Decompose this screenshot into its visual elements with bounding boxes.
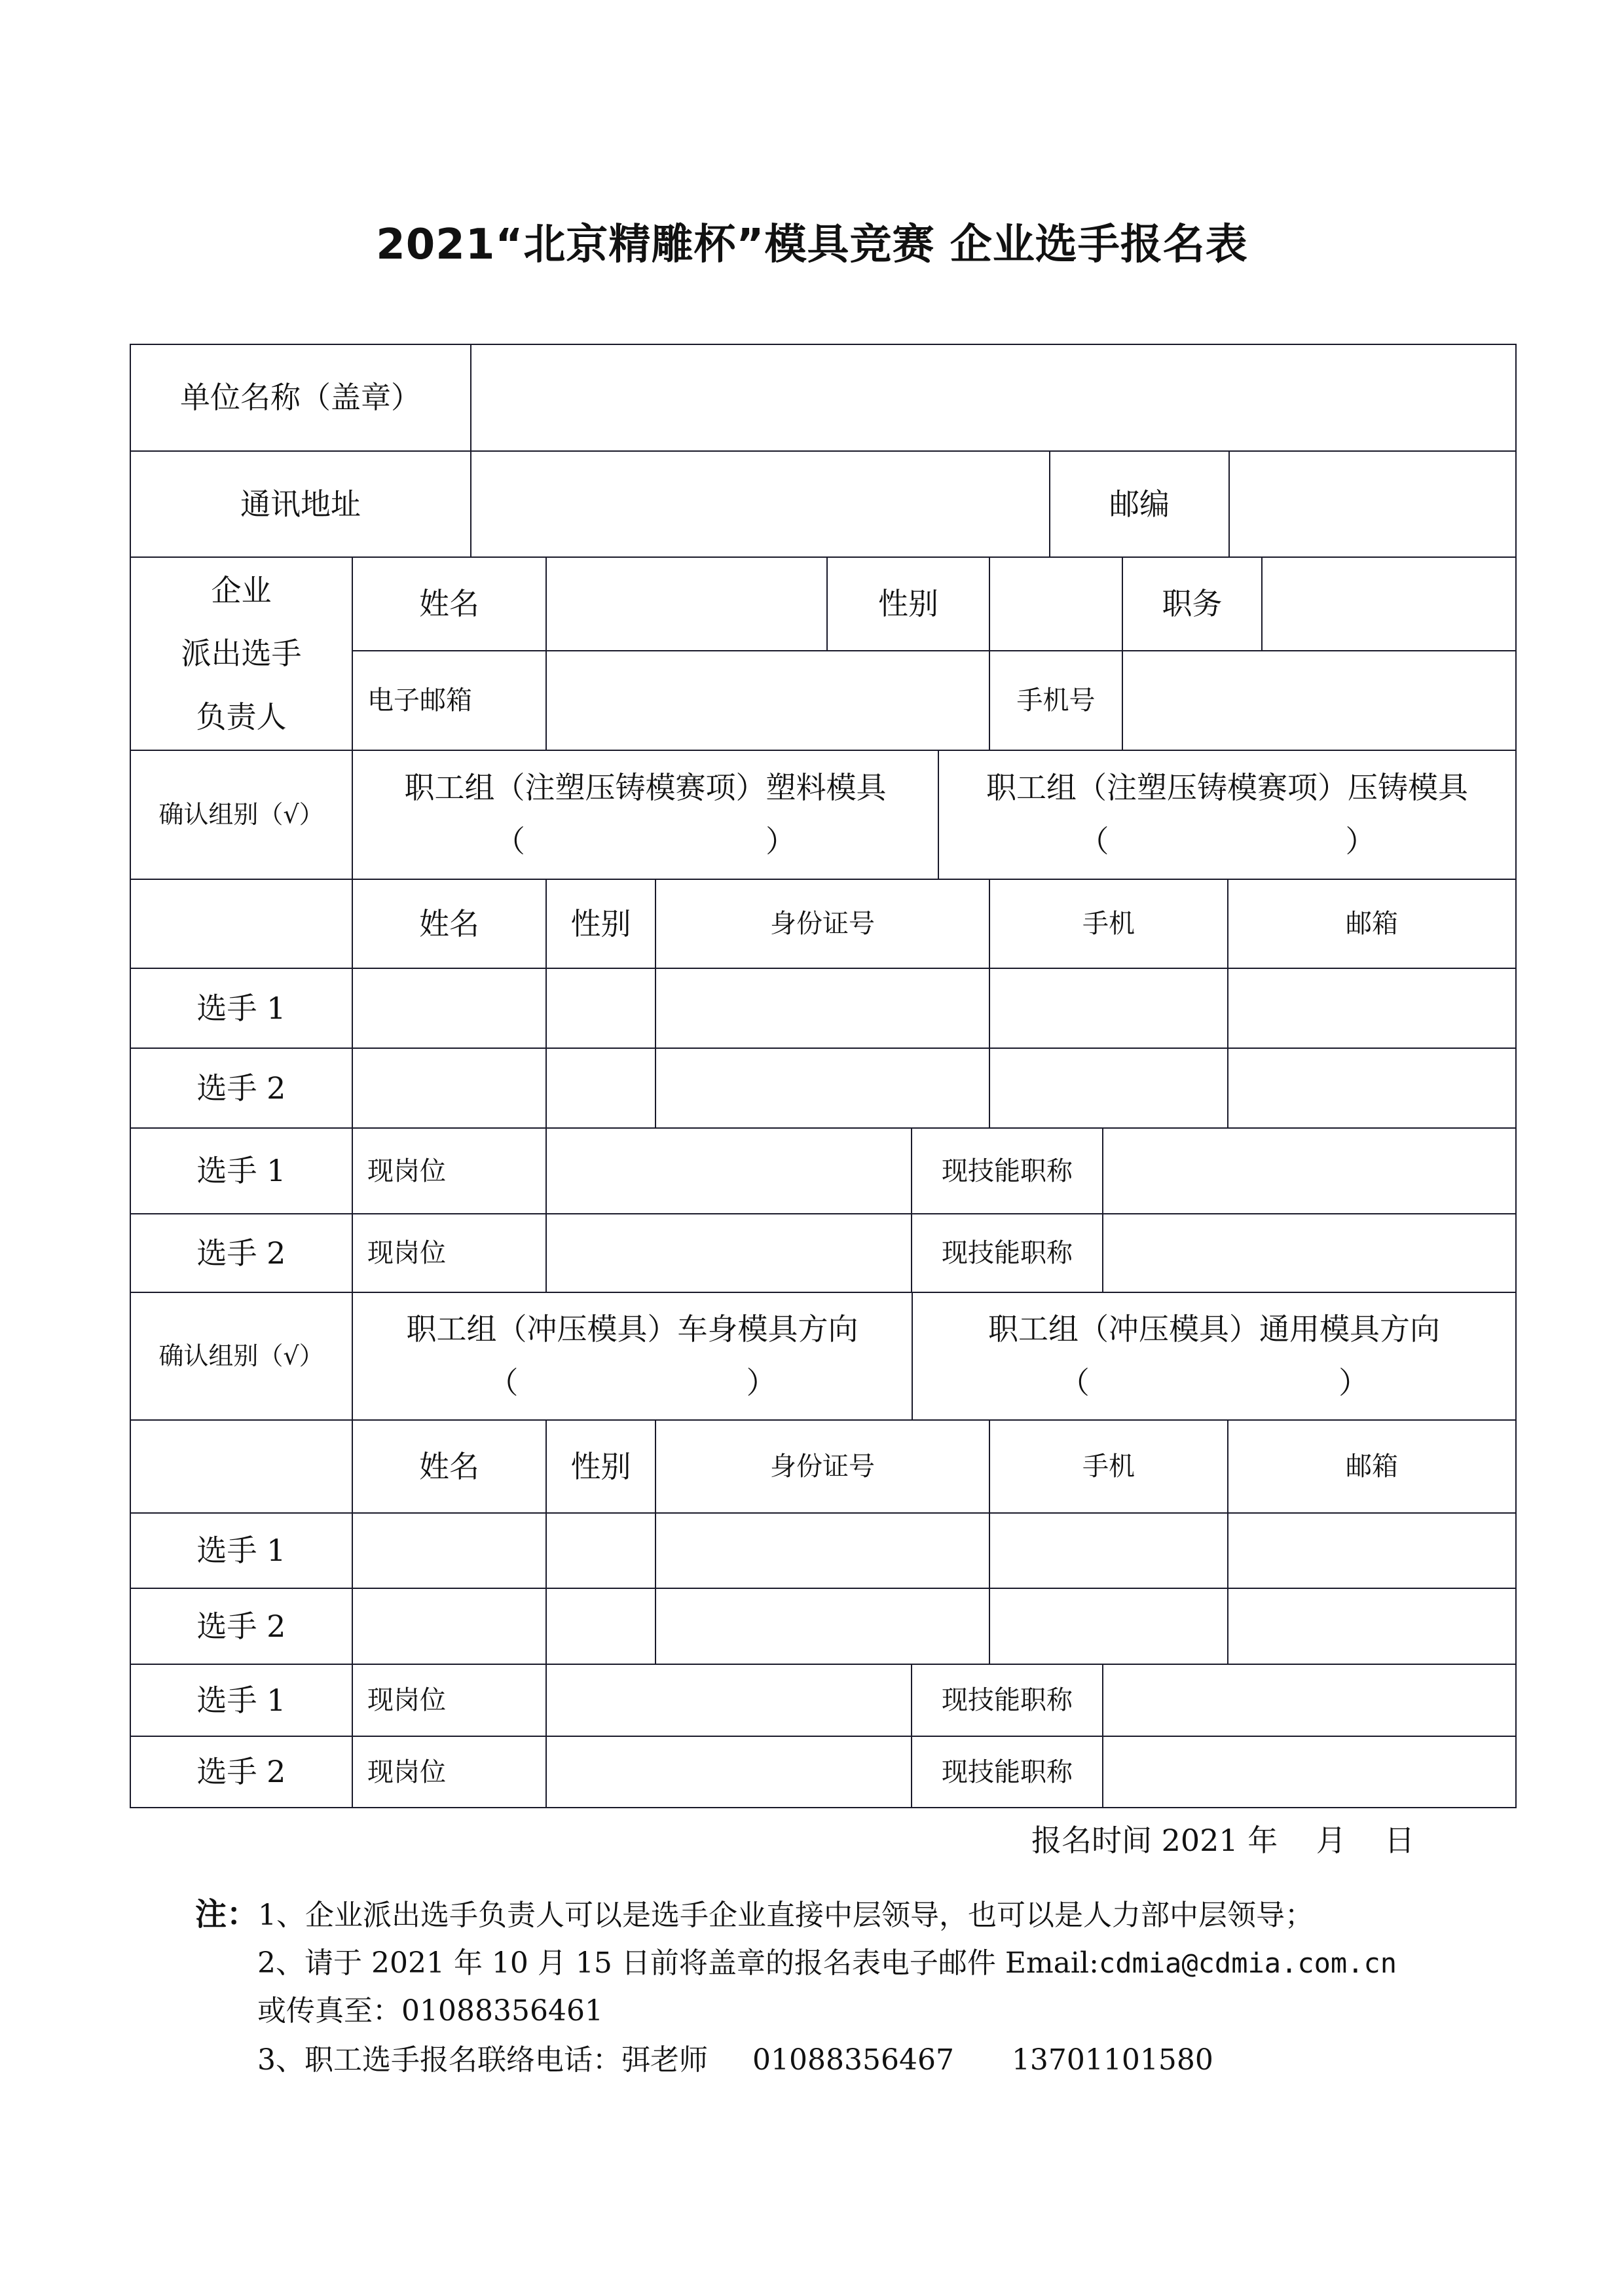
s2-player2-mobile[interactable] xyxy=(989,1588,1228,1665)
s1-player2-mobile[interactable] xyxy=(989,1048,1228,1129)
leader-position-field[interactable] xyxy=(1261,556,1517,651)
s2-job2-label: 选手 2 xyxy=(130,1736,353,1808)
close-paren: ） xyxy=(766,824,796,859)
s1-header-id: 身份证号 xyxy=(655,879,990,969)
s2-header-gender: 性别 xyxy=(545,1419,656,1514)
s1-player1-gender[interactable] xyxy=(545,968,656,1049)
postcode-label: 邮编 xyxy=(1049,450,1230,558)
note-line-2: 2、请于 2021 年 10 月 15 日前将盖章的报名表电子邮件 Email:… xyxy=(257,1939,1397,1981)
note-line-3: 或传真至：01088356461 xyxy=(257,1987,603,2029)
form-title: 2021“北京精雕杯”模具竞赛 企业选手报名表 xyxy=(0,211,1624,271)
s2-header-mobile: 手机 xyxy=(989,1419,1228,1514)
s2-option-body-mold[interactable]: 职工组（冲压模具）车身模具方向 （ ） xyxy=(352,1292,913,1421)
note-4-phone-1: 01088356467 xyxy=(752,2043,954,2077)
s2-job2-title-field[interactable] xyxy=(1102,1736,1517,1808)
s1-option-diecast-label: 职工组（注塑压铸模赛项）压铸模具 xyxy=(986,771,1468,805)
s1-option-plastic-mold[interactable]: 职工组（注塑压铸模赛项）塑料模具 （ ） xyxy=(352,750,939,880)
s2-header-email: 邮箱 xyxy=(1227,1419,1517,1514)
s1-job2-post-field[interactable] xyxy=(545,1213,912,1293)
s1-job1-post-label: 现岗位 xyxy=(352,1127,547,1214)
note-3-text: 或传真至： xyxy=(257,1994,401,2028)
address-field[interactable] xyxy=(470,450,1050,558)
s1-group-label: 确认组别（√） xyxy=(130,750,353,880)
s2-player1-gender[interactable] xyxy=(545,1512,656,1589)
s1-job2-title-field[interactable] xyxy=(1102,1213,1517,1293)
close-paren: ） xyxy=(747,1366,777,1400)
s1-player2-name[interactable] xyxy=(352,1048,547,1129)
leader-label: 企业 派出选手 负责人 xyxy=(130,556,353,751)
note-line-4: 3、职工选手报名联络电话：弭老师 01088356467 13701101580 xyxy=(257,2036,1213,2078)
leader-email-label: 电子邮箱 xyxy=(352,650,547,751)
s1-option-diecast-checkbox[interactable]: （ ） xyxy=(939,824,1515,859)
s1-option-diecast-mold[interactable]: 职工组（注塑压铸模赛项）压铸模具 （ ） xyxy=(938,750,1517,880)
s1-header-email: 邮箱 xyxy=(1227,879,1517,969)
leader-name-label: 姓名 xyxy=(352,556,547,651)
close-paren: ） xyxy=(1338,1366,1369,1400)
address-label: 通讯地址 xyxy=(130,450,471,558)
postcode-field[interactable] xyxy=(1228,450,1517,558)
note-2-text: 2、请于 2021 年 10 月 15 日前将盖章的报名表电子邮件 Email: xyxy=(257,1946,1099,1980)
s1-player2-email[interactable] xyxy=(1227,1048,1517,1129)
s2-job2-title-label: 现技能职称 xyxy=(911,1736,1103,1808)
s2-player2-gender[interactable] xyxy=(545,1588,656,1665)
s2-player2-id[interactable] xyxy=(655,1588,990,1665)
s1-player2-gender[interactable] xyxy=(545,1048,656,1129)
note-line-1: 注：1、企业派出选手负责人可以是选手企业直接中层领导，也可以是人力部中层领导； xyxy=(195,1889,1314,1934)
s1-player1-id[interactable] xyxy=(655,968,990,1049)
s1-header-gender: 性别 xyxy=(545,879,656,969)
open-paren: （ xyxy=(488,1366,518,1400)
leader-label-line-1: 企业 xyxy=(212,559,272,623)
s2-group-label: 确认组别（√） xyxy=(130,1292,353,1421)
note-4-text: 3、职工选手报名联络电话：弭老师 xyxy=(257,2043,708,2077)
s1-header-blank xyxy=(130,879,353,969)
signup-date: 报名时间 2021 年 月 日 xyxy=(1031,1817,1414,1860)
s2-header-blank xyxy=(130,1419,353,1514)
s1-option-plastic-checkbox[interactable]: （ ） xyxy=(353,824,938,859)
leader-mobile-field[interactable] xyxy=(1122,650,1517,751)
s2-option-general-label: 职工组（冲压模具）通用模具方向 xyxy=(988,1312,1440,1347)
s1-player1-email[interactable] xyxy=(1227,968,1517,1049)
close-paren: ） xyxy=(1346,824,1376,859)
note-2-email[interactable]: cdmia@cdmia.com.cn xyxy=(1099,1947,1397,1979)
note-3-fax: 01088356461 xyxy=(401,1994,603,2028)
unit-name-label: 单位名称（盖章） xyxy=(130,344,471,452)
unit-name-field[interactable] xyxy=(470,344,1517,452)
s1-job1-title-field[interactable] xyxy=(1102,1127,1517,1214)
leader-gender-field[interactable] xyxy=(989,556,1123,651)
s1-player1-name[interactable] xyxy=(352,968,547,1049)
s1-player2-label: 选手 2 xyxy=(130,1048,353,1129)
s1-player2-id[interactable] xyxy=(655,1048,990,1129)
s1-job2-title-label: 现技能职称 xyxy=(911,1213,1103,1293)
s2-job1-title-label: 现技能职称 xyxy=(911,1664,1103,1737)
s1-option-plastic-label: 职工组（注塑压铸模赛项）塑料模具 xyxy=(405,771,887,805)
open-paren: （ xyxy=(1060,1366,1090,1400)
s2-job1-label: 选手 1 xyxy=(130,1664,353,1737)
s1-player1-label: 选手 1 xyxy=(130,968,353,1049)
s2-job1-title-field[interactable] xyxy=(1102,1664,1517,1737)
s1-job2-post-label: 现岗位 xyxy=(352,1213,547,1293)
open-paren: （ xyxy=(495,824,525,859)
note-1-text: 1、企业派出选手负责人可以是选手企业直接中层领导，也可以是人力部中层领导； xyxy=(258,1899,1314,1932)
s2-header-name: 姓名 xyxy=(352,1419,547,1514)
leader-gender-label: 性别 xyxy=(826,556,990,651)
leader-label-line-3: 负责人 xyxy=(196,685,287,749)
s1-job1-label: 选手 1 xyxy=(130,1127,353,1214)
leader-name-field[interactable] xyxy=(545,556,828,651)
s2-job2-post-label: 现岗位 xyxy=(352,1736,547,1808)
s2-player1-email[interactable] xyxy=(1227,1512,1517,1589)
leader-position-label: 职务 xyxy=(1122,556,1263,651)
s2-header-id: 身份证号 xyxy=(655,1419,990,1514)
s2-player2-name[interactable] xyxy=(352,1588,547,1665)
s2-player1-mobile[interactable] xyxy=(989,1512,1228,1589)
s1-job1-post-field[interactable] xyxy=(545,1127,912,1214)
s1-player1-mobile[interactable] xyxy=(989,968,1228,1049)
s2-option-general-mold[interactable]: 职工组（冲压模具）通用模具方向 （ ） xyxy=(912,1292,1517,1421)
s2-player2-label: 选手 2 xyxy=(130,1588,353,1665)
s2-job1-post-label: 现岗位 xyxy=(352,1664,547,1737)
s2-option-body-checkbox[interactable]: （ ） xyxy=(353,1366,912,1400)
s2-option-general-checkbox[interactable]: （ ） xyxy=(913,1366,1515,1400)
open-paren: （ xyxy=(1079,824,1109,859)
leader-email-field[interactable] xyxy=(545,650,990,751)
s2-player1-label: 选手 1 xyxy=(130,1512,353,1589)
s2-job1-post-field[interactable] xyxy=(545,1664,912,1737)
s1-header-name: 姓名 xyxy=(352,879,547,969)
s2-player1-id[interactable] xyxy=(655,1512,990,1589)
s2-option-body-label: 职工组（冲压模具）车身模具方向 xyxy=(407,1312,858,1347)
s2-job2-post-field[interactable] xyxy=(545,1736,912,1808)
note-label: 注： xyxy=(195,1896,258,1933)
s2-player2-email[interactable] xyxy=(1227,1588,1517,1665)
s1-job2-label: 选手 2 xyxy=(130,1213,353,1293)
s1-header-mobile: 手机 xyxy=(989,879,1228,969)
s2-player1-name[interactable] xyxy=(352,1512,547,1589)
leader-mobile-label: 手机号 xyxy=(989,650,1123,751)
leader-label-line-2: 派出选手 xyxy=(181,622,302,685)
s1-job1-title-label: 现技能职称 xyxy=(911,1127,1103,1214)
note-4-phone-2: 13701101580 xyxy=(1012,2043,1213,2077)
